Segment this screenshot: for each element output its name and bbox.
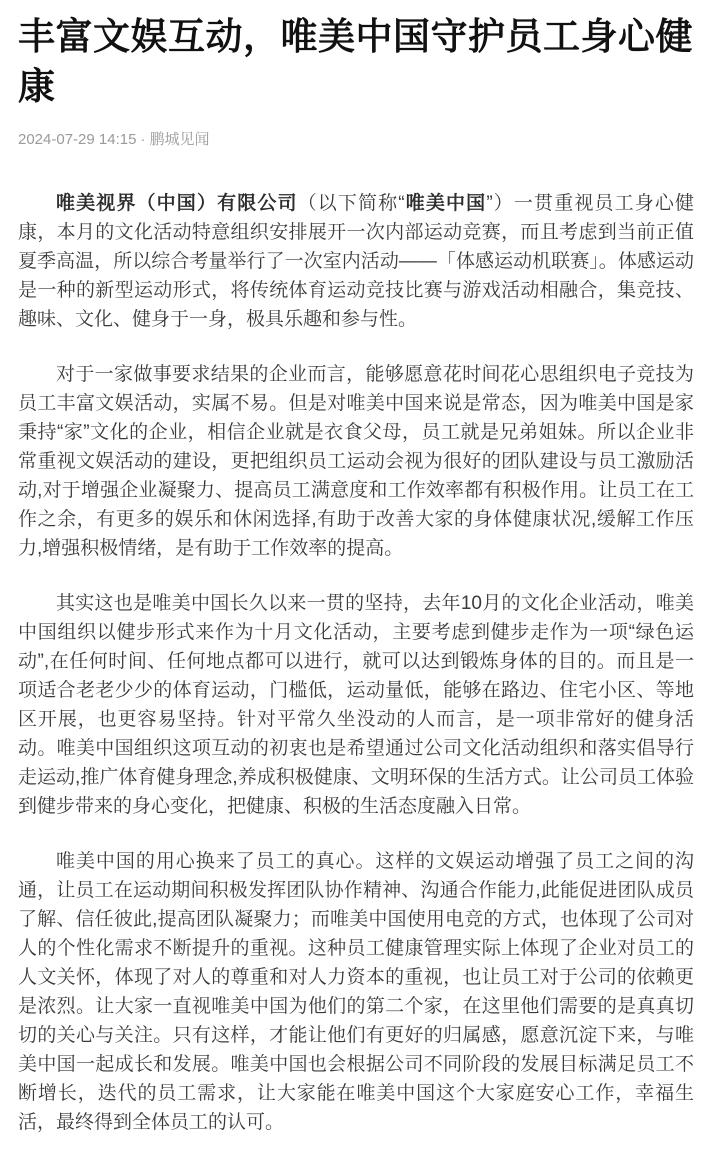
meta-separator-dot: · — [140, 131, 145, 148]
article: 丰富文娱互动，唯美中国守护员工身心健康 2024-07-29 14:15·鹏城见… — [18, 12, 694, 1137]
text-segment: 其实这也是唯美中国长久以来一贯的坚持，去年10月的文化企业活动，唯美中国组织以健… — [18, 593, 694, 817]
paragraph: 唯美中国的用心换来了员工的真心。这样的文娱运动增强了员工之间的沟通，让员工在运动… — [18, 847, 694, 1137]
paragraph: 对于一家做事要求结果的企业而言，能够愿意花时间花心思组织电子竞技为员工丰富文娱活… — [18, 360, 694, 563]
text-segment: 唯美中国的用心换来了员工的真心。这样的文娱运动增强了员工之间的沟通，让员工在运动… — [18, 851, 694, 1133]
text-segment: 对于一家做事要求结果的企业而言，能够愿意花时间花心思组织电子竞技为员工丰富文娱活… — [18, 364, 694, 559]
bold-text-segment: 唯美视界（中国）有限公司 — [56, 193, 298, 214]
source-name: 鹏城见闻 — [149, 131, 209, 148]
bold-text-segment: 唯美中国 — [405, 193, 487, 214]
article-title: 丰富文娱互动，唯美中国守护员工身心健康 — [18, 12, 694, 112]
paragraph: 其实这也是唯美中国长久以来一贯的坚持，去年10月的文化企业活动，唯美中国组织以健… — [18, 589, 694, 821]
text-segment: （以下简称“ — [298, 193, 405, 214]
article-meta: 2024-07-29 14:15·鹏城见闻 — [18, 129, 694, 151]
publish-datetime: 2024-07-29 14:15 — [18, 131, 136, 148]
article-body: 唯美视界（中国）有限公司（以下简称“唯美中国”）一贯重视员工身心健康，本月的文化… — [18, 189, 694, 1137]
paragraph: 唯美视界（中国）有限公司（以下简称“唯美中国”）一贯重视员工身心健康，本月的文化… — [18, 189, 694, 334]
article-page: 丰富文娱互动，唯美中国守护员工身心健康 2024-07-29 14:15·鹏城见… — [0, 12, 727, 1161]
